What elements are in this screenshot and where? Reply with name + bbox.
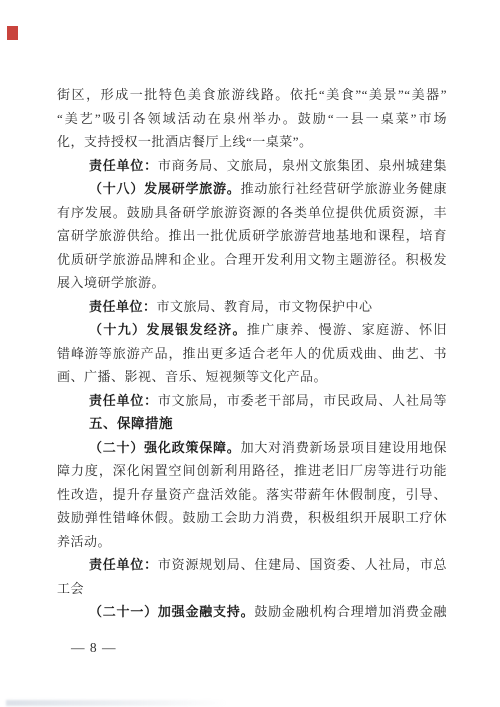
bold-lead: 责任单位：	[89, 158, 158, 173]
text-line: （二十）强化政策保障。加大对消费新场景项目建设用地保	[57, 436, 447, 460]
text-line: （十九）发展银发经济。推广康养、慢游、家庭游、怀旧游、	[57, 318, 447, 342]
line-text: 加大对消费新场景项目建设用地保	[241, 440, 447, 455]
bold-lead: （十八）发展研学旅游。	[89, 181, 241, 196]
page-number: — 8 —	[71, 640, 117, 656]
line-text: 鼓励金融机构合理增加消费金融	[254, 604, 447, 619]
line-text: 市文旅局，市委老干部局，市民政局、人社局等	[158, 393, 447, 408]
line-text: 化，支持授权一批酒店餐厅上线“一桌菜”。	[57, 134, 313, 149]
line-text: 市资源规划局、住建局、国资委、人社局，市总	[158, 557, 447, 572]
section-heading: 五、保障措施	[57, 412, 447, 436]
text-line: （二十一）加强金融支持。鼓励金融机构合理增加消费金融	[57, 600, 447, 624]
text-line: 富研学旅游供给。推出一批优质研学旅游营地基地和课程，培育	[57, 224, 447, 248]
text-line: 障力度，深化闲置空间创新利用路径，推进老旧厂房等进行功能	[57, 459, 447, 483]
line-text: 性改造，提升存量资产盘活效能。落实带薪年休假制度，引导、	[57, 487, 447, 502]
line-text: 画、广播、影视、音乐、短视频等文化产品。	[57, 369, 327, 384]
text-line: （十八）发展研学旅游。推动旅行社经营研学旅游业务健康	[57, 177, 447, 201]
line-text: 工会	[57, 581, 84, 596]
text-line: 责任单位：市资源规划局、住建局、国资委、人社局，市总	[57, 553, 447, 577]
line-text: 街区，形成一批特色美食旅游线路。依托“美食”“美景”“美器”	[57, 87, 447, 102]
text-line: 错峰游等旅游产品，推出更多适合老年人的优质戏曲、曲艺、书	[57, 342, 447, 366]
line-text: 推动旅行社经营研学旅游业务健康	[241, 181, 447, 196]
text-line: 街区，形成一批特色美食旅游线路。依托“美食”“美景”“美器”	[57, 83, 447, 107]
bold-lead: 责任单位：	[89, 393, 158, 408]
text-line: “美艺”吸引各领域活动在泉州举办。鼓励“一县一桌菜”市场	[57, 107, 447, 131]
text-line: 鼓励弹性错峰休假。鼓励工会助力消费，积极组织开展职工疗休	[57, 506, 447, 530]
text-line: 养活动。	[57, 530, 447, 554]
text-line: 性改造，提升存量资产盘活效能。落实带薪年休假制度，引导、	[57, 483, 447, 507]
line-text: 展入境研学旅游。	[57, 275, 165, 290]
line-text: 养活动。	[57, 534, 111, 549]
bold-lead: （二十一）加强金融支持。	[89, 604, 254, 619]
red-stamp-artifact	[7, 26, 18, 40]
bold-lead: 责任单位：	[89, 557, 158, 572]
line-text: “美艺”吸引各领域活动在泉州举办。鼓励“一县一桌菜”市场	[57, 111, 447, 126]
bold-lead: 责任单位：	[89, 299, 157, 314]
line-text: 市文旅局、教育局，市文物保护中心	[157, 299, 373, 314]
text-line: 责任单位：市文旅局、教育局，市文物保护中心	[57, 295, 447, 319]
bold-lead: （十九）发展银发经济。	[89, 322, 247, 337]
text-line: 优质研学旅游品牌和企业。合理开发利用文物主题游径。积极发	[57, 248, 447, 272]
text-line: 展入境研学旅游。	[57, 271, 447, 295]
document-page: 街区，形成一批特色美食旅游线路。依托“美食”“美景”“美器”“美艺”吸引各领域活…	[0, 0, 500, 707]
line-text: 有序发展。鼓励具备研学旅游资源的各类单位提供优质资源，丰	[57, 205, 447, 220]
bold-lead: （二十）强化政策保障。	[89, 440, 241, 455]
bottom-smudge-artifact	[6, 700, 228, 706]
text-line: 工会	[57, 577, 447, 601]
text-line: 有序发展。鼓励具备研学旅游资源的各类单位提供优质资源，丰	[57, 201, 447, 225]
text-line: 画、广播、影视、音乐、短视频等文化产品。	[57, 365, 447, 389]
text-line: 责任单位：市文旅局，市委老干部局，市民政局、人社局等	[57, 389, 447, 413]
text-line: 责任单位：市商务局、文旅局，泉州文旅集团、泉州城建集团	[57, 154, 447, 178]
line-text: 障力度，深化闲置空间创新利用路径，推进老旧厂房等进行功能	[57, 463, 447, 478]
line-text: 鼓励弹性错峰休假。鼓励工会助力消费，积极组织开展职工疗休	[57, 510, 447, 525]
bold-lead: 五、保障措施	[89, 416, 173, 431]
line-text: 优质研学旅游品牌和企业。合理开发利用文物主题游径。积极发	[57, 252, 447, 267]
document-body: 街区，形成一批特色美食旅游线路。依托“美食”“美景”“美器”“美艺”吸引各领域活…	[57, 83, 447, 624]
text-line: 化，支持授权一批酒店餐厅上线“一桌菜”。	[57, 130, 447, 154]
line-text: 错峰游等旅游产品，推出更多适合老年人的优质戏曲、曲艺、书	[57, 346, 447, 361]
line-text: 富研学旅游供给。推出一批优质研学旅游营地基地和课程，培育	[57, 228, 447, 243]
